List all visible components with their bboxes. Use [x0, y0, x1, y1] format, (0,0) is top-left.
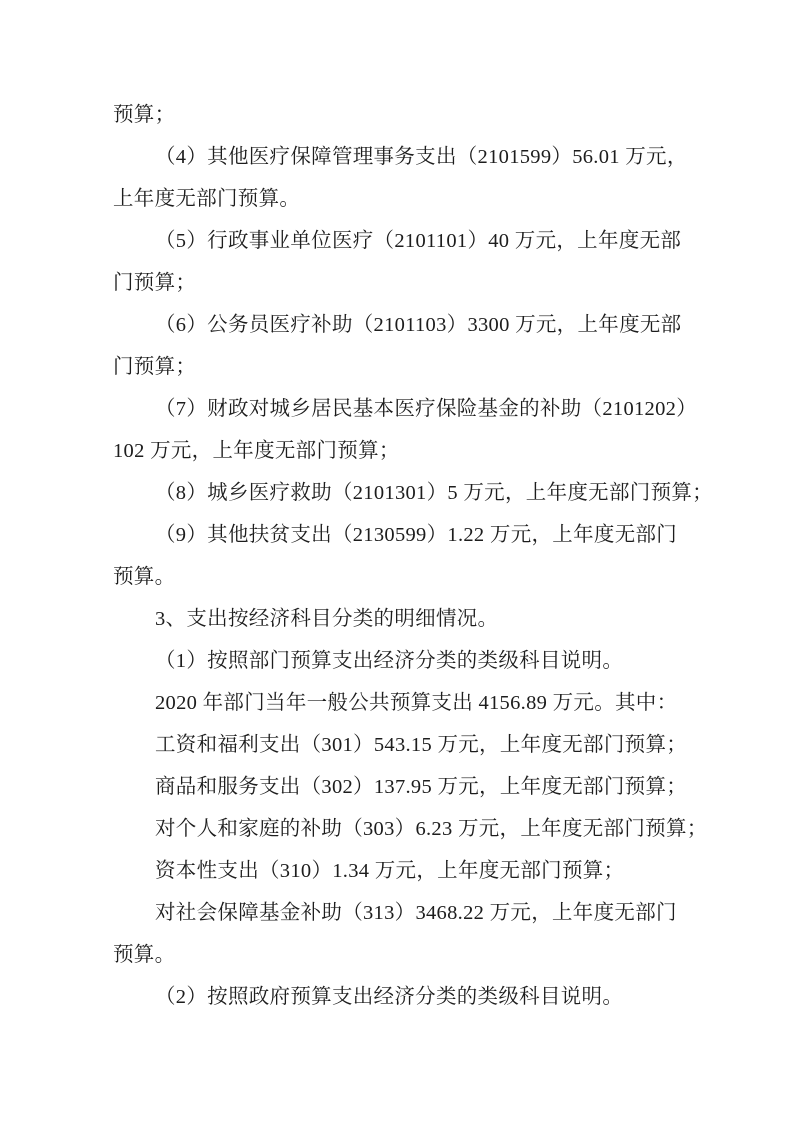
text-line: 3、支出按经济科目分类的明细情况。 — [113, 598, 688, 640]
text-line: （5）行政事业单位医疗（2101101）40 万元，上年度无部 — [113, 220, 688, 262]
text-line: 门预算； — [113, 262, 688, 304]
text-line: 102 万元，上年度无部门预算； — [113, 430, 688, 472]
text-line: （4）其他医疗保障管理事务支出（2101599）56.01 万元， — [113, 136, 688, 178]
text-line: （2）按照政府预算支出经济分类的类级科目说明。 — [113, 976, 688, 1018]
text-line: 预算。 — [113, 934, 688, 976]
text-line: 对社会保障基金补助（313）3468.22 万元，上年度无部门 — [113, 892, 688, 934]
text-line: 2020 年部门当年一般公共预算支出 4156.89 万元。其中： — [113, 682, 688, 724]
text-line: （9）其他扶贫支出（2130599）1.22 万元，上年度无部门 — [113, 514, 688, 556]
text-line: （8）城乡医疗救助（2101301）5 万元，上年度无部门预算； — [113, 472, 688, 514]
text-line: （7）财政对城乡居民基本医疗保险基金的补助（2101202） — [113, 388, 688, 430]
text-line: 预算。 — [113, 556, 688, 598]
document-page: 预算；（4）其他医疗保障管理事务支出（2101599）56.01 万元，上年度无… — [0, 0, 793, 1122]
text-line: 门预算； — [113, 346, 688, 388]
text-line: 资本性支出（310）1.34 万元，上年度无部门预算； — [113, 850, 688, 892]
document-text-block: 预算；（4）其他医疗保障管理事务支出（2101599）56.01 万元，上年度无… — [113, 94, 688, 1018]
text-line: 商品和服务支出（302）137.95 万元，上年度无部门预算； — [113, 766, 688, 808]
text-line: 上年度无部门预算。 — [113, 178, 688, 220]
text-line: 工资和福利支出（301）543.15 万元，上年度无部门预算； — [113, 724, 688, 766]
text-line: （1）按照部门预算支出经济分类的类级科目说明。 — [113, 640, 688, 682]
text-line: 预算； — [113, 94, 688, 136]
text-line: （6）公务员医疗补助（2101103）3300 万元，上年度无部 — [113, 304, 688, 346]
text-line: 对个人和家庭的补助（303）6.23 万元，上年度无部门预算； — [113, 808, 688, 850]
